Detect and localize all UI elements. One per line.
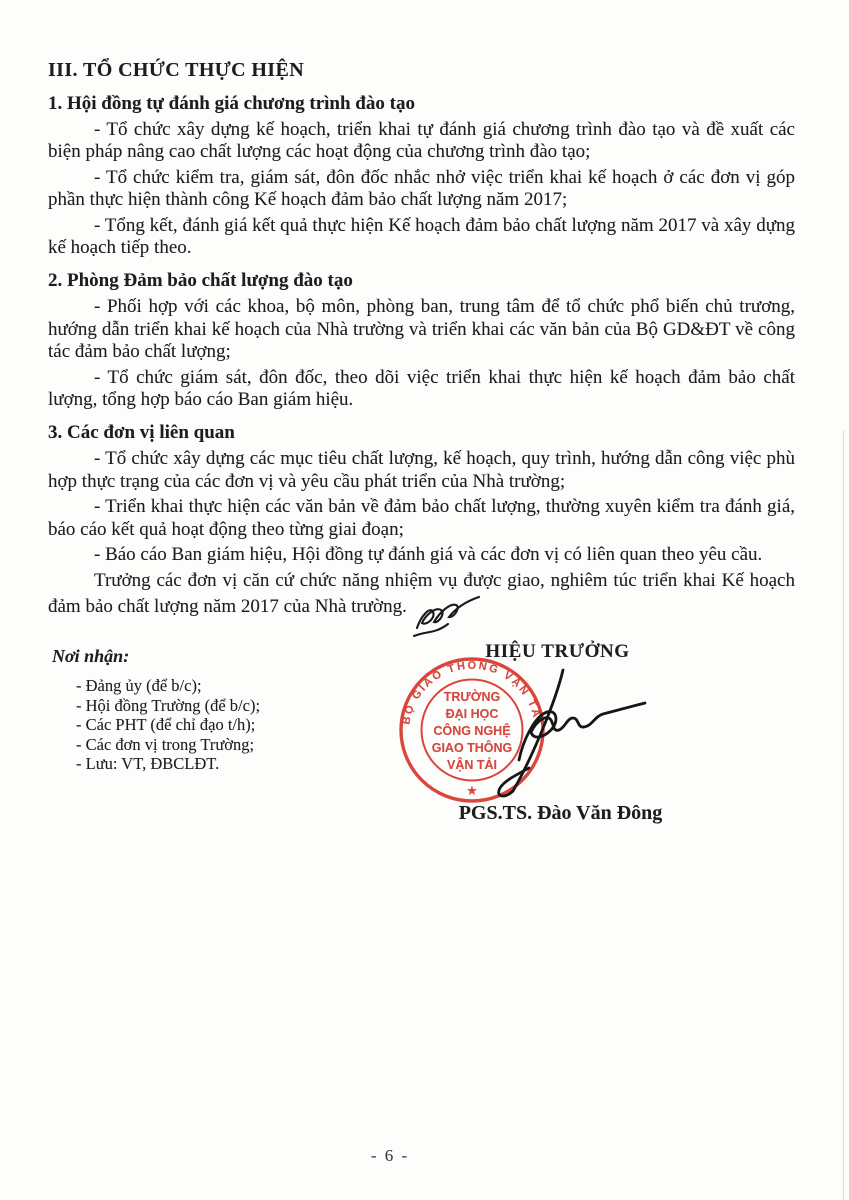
section-3-paragraph-1: - Tổ chức xây dựng các mục tiêu chất lượ… [48,448,795,493]
page-number: - 6 - [0,1146,780,1166]
section-2-paragraph-1: - Phối hợp với các khoa, bộ môn, phòng b… [48,296,795,363]
signer-name: PGS.TS. Đào Văn Đông [393,802,728,825]
section-2-heading: 2. Phòng Đảm bảo chất lượng đào tạo [48,269,795,293]
handwritten-signature-icon [473,656,653,804]
recipients-block: Nơi nhận: - Đảng ủy (để b/c); - Hội đồng… [52,646,382,774]
recipient-item-3: - Các PHT (để chỉ đạo t/h); [76,715,382,735]
section-3-paragraph-2: - Triển khai thực hiện các văn bản về đả… [48,496,795,541]
section-3-heading: 3. Các đơn vị liên quan [48,421,795,445]
section-2: 2. Phòng Đảm bảo chất lượng đào tạo - Ph… [48,269,795,411]
closing-paragraph: Trưởng các đơn vị căn cứ chức năng nhiệm… [48,570,795,638]
section-1: 1. Hội đồng tự đánh giá chương trình đào… [48,92,795,259]
section-3-paragraph-3: - Báo cáo Ban giám hiệu, Hội đồng tự đán… [48,544,795,566]
section-3: 3. Các đơn vị liên quan - Tổ chức xây dự… [48,421,795,566]
document-title: III. TỔ CHỨC THỰC HIỆN [48,58,795,82]
section-2-paragraph-2: - Tổ chức giám sát, đôn đốc, theo dõi vi… [48,367,795,412]
recipient-item-2: - Hội đồng Trường (để b/c); [76,696,382,716]
scanned-document-page: III. TỔ CHỨC THỰC HIỆN 1. Hội đồng tự đá… [0,0,849,1200]
recipient-item-5: - Lưu: VT, ĐBCLĐT. [76,754,382,774]
recipient-item-1: - Đảng ủy (để b/c); [76,676,382,696]
recipient-item-4: - Các đơn vị trong Trường; [76,735,382,755]
document-body: III. TỔ CHỨC THỰC HIỆN 1. Hội đồng tự đá… [48,50,795,638]
section-1-paragraph-3: - Tổng kết, đánh giá kết quả thực hiện K… [48,215,795,260]
handwritten-scribble-icon [410,594,484,640]
section-1-paragraph-2: - Tổ chức kiểm tra, giám sát, đôn đốc nh… [48,167,795,212]
scan-edge-artifact [843,430,844,1200]
section-1-paragraph-1: - Tổ chức xây dựng kế hoạch, triển khai … [48,119,795,164]
recipients-label: Nơi nhận: [52,646,382,667]
section-1-heading: 1. Hội đồng tự đánh giá chương trình đào… [48,92,795,116]
